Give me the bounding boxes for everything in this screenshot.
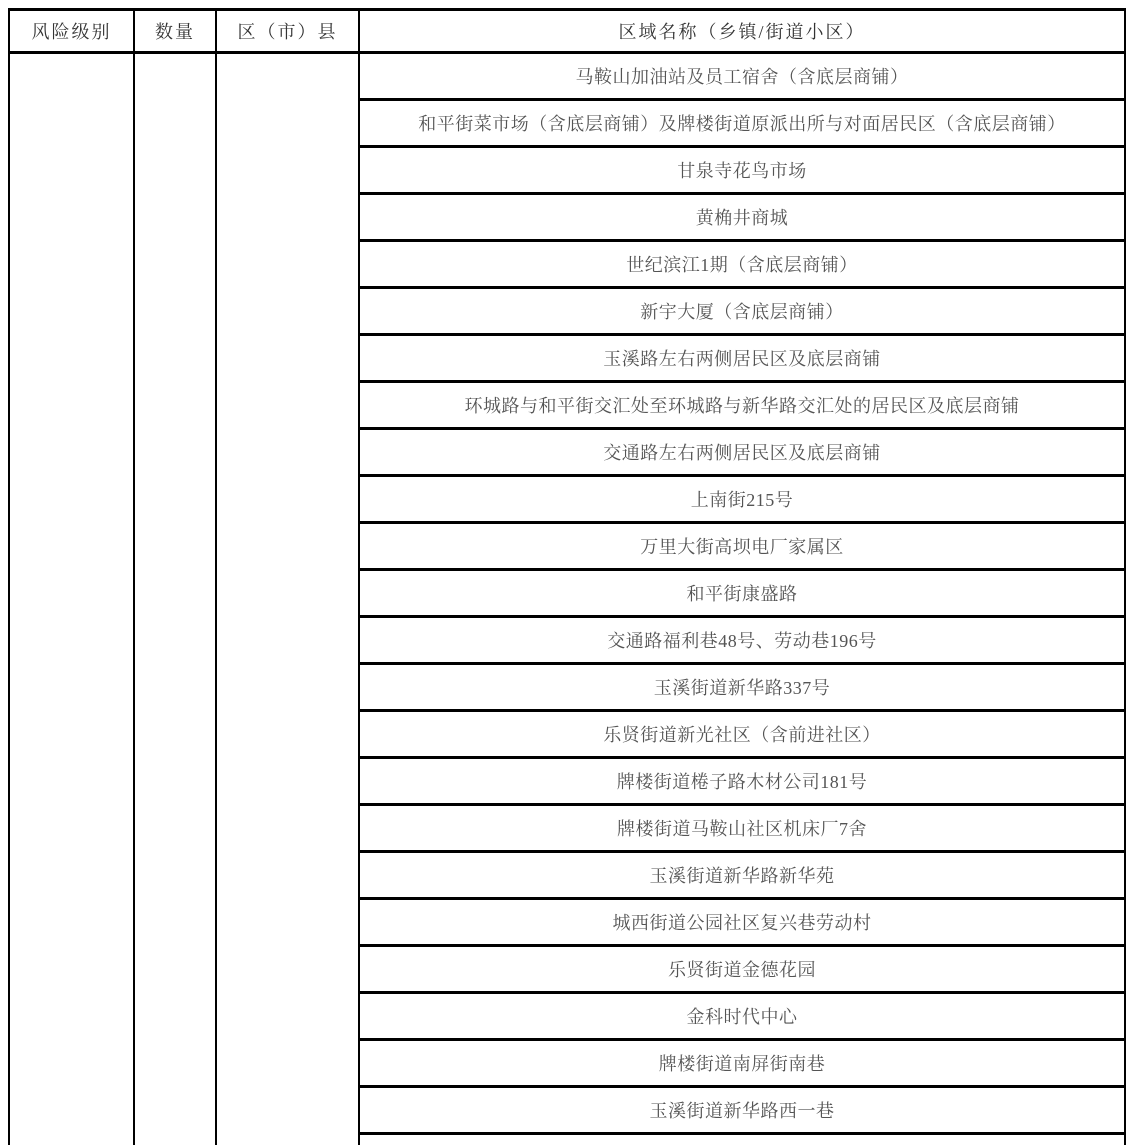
table-row: 万里大街高坝电厂家属区 <box>360 524 1124 571</box>
area-rows: 马鞍山加油站及员工宿舍（含底层商铺）和平街菜市场（含底层商铺）及牌楼街道原派出所… <box>360 54 1124 1145</box>
header-quantity: 数量 <box>135 11 215 54</box>
area-name-text: 和平街菜市场（含底层商铺）及牌楼街道原派出所与对面居民区（含底层商铺） <box>418 110 1066 136</box>
table-row: 玉溪街道新华路西一巷 <box>360 1088 1124 1135</box>
table-row: 和平街康盛路 <box>360 571 1124 618</box>
area-name-text: 马鞍山加油站及员工宿舍（含底层商铺） <box>576 63 909 89</box>
area-name-text: 环城路与和平街交汇处至环城路与新华路交汇处的居民区及底层商铺 <box>465 392 1020 418</box>
table-row: 玉溪街道新华路337号 <box>360 665 1124 712</box>
table-row: 牌楼街道南屏街南巷 <box>360 1041 1124 1088</box>
area-name-text: 牌楼街道棬子路木材公司181号 <box>617 768 868 794</box>
area-name-text: 牌楼街道马鞍山社区机床厂7舍 <box>617 815 867 841</box>
table-row: 马鞍山加油站及员工宿舍（含底层商铺） <box>360 54 1124 101</box>
risk-level-cell <box>10 54 133 1145</box>
area-name-text: 玉溪街道新华路337号 <box>654 674 831 700</box>
column-area-name: 区域名称（乡镇/街道小区） 马鞍山加油站及员工宿舍（含底层商铺）和平街菜市场（含… <box>360 11 1124 1145</box>
quantity-cell <box>135 54 215 1145</box>
table-row: 环城路与和平街交汇处至环城路与新华路交汇处的居民区及底层商铺 <box>360 383 1124 430</box>
area-name-text: 和平街康盛路 <box>687 580 798 606</box>
area-name-text: 乐贤街道新光社区（含前进社区） <box>603 721 881 747</box>
header-district: 区（市）县 <box>217 11 358 54</box>
risk-area-table: 风险级别 数量 区（市）县 区域名称（乡镇/街道小区） 马鞍山加油站及员工宿舍（… <box>8 8 1126 1145</box>
table-row: 乐贤街道金德花园 <box>360 947 1124 994</box>
area-name-text: 牌楼街道南屏街南巷 <box>659 1050 826 1076</box>
table-row: 金科时代中心 <box>360 994 1124 1041</box>
column-quantity: 数量 <box>135 11 217 1145</box>
area-name-text: 玉溪街道新华路新华苑 <box>650 862 835 888</box>
area-name-text: 交通路左右两侧居民区及底层商铺 <box>603 439 881 465</box>
header-area-name: 区域名称（乡镇/街道小区） <box>360 11 1124 54</box>
area-name-text: 玉溪路左右两侧居民区及底层商铺 <box>603 345 881 371</box>
table-row: 上南街215号 <box>360 477 1124 524</box>
area-name-text: 上南街215号 <box>691 486 794 512</box>
area-name-text: 万里大街高坝电厂家属区 <box>640 533 844 559</box>
table-row: 交通路左右两侧居民区及底层商铺 <box>360 430 1124 477</box>
table-row: 黄桷井商城 <box>360 195 1124 242</box>
table-row: 玉溪街道新华路新华苑 <box>360 853 1124 900</box>
area-name-text: 金科时代中心 <box>687 1003 798 1029</box>
table-row: 交通路福利巷48号、劳动巷196号 <box>360 618 1124 665</box>
table-row: 世纪滨江1期（含底层商铺） <box>360 242 1124 289</box>
column-risk-level: 风险级别 <box>10 11 135 1145</box>
area-name-text: 新宇大厦（含底层商铺） <box>640 298 844 324</box>
area-name-text: 交通路福利巷48号、劳动巷196号 <box>607 627 877 653</box>
table-row: 牌楼街道马鞍山社区机床厂7舍 <box>360 806 1124 853</box>
area-name-text: 乐贤街道金德花园 <box>668 956 816 982</box>
table-row: 玉溪路左右两侧居民区及底层商铺 <box>360 336 1124 383</box>
table-row: 和平街菜市场（含底层商铺）及牌楼街道原派出所与对面居民区（含底层商铺） <box>360 101 1124 148</box>
district-cell <box>217 54 358 1145</box>
area-name-text: 世纪滨江1期（含底层商铺） <box>626 251 858 277</box>
table-row: 城西街道公园社区复兴巷劳动村 <box>360 900 1124 947</box>
table-row: 乐贤街道新光社区（含前进社区） <box>360 712 1124 759</box>
area-name-text: 黄桷井商城 <box>696 204 789 230</box>
area-name-text: 城西街道公园社区复兴巷劳动村 <box>613 909 872 935</box>
table-row: 牌楼街道棬子路木材公司181号 <box>360 759 1124 806</box>
column-district: 区（市）县 <box>217 11 360 1145</box>
table-row: 新宇大厦（含底层商铺） <box>360 289 1124 336</box>
area-name-text: 玉溪街道新华路西一巷 <box>650 1097 835 1123</box>
area-name-text: 甘泉寺花鸟市场 <box>677 157 807 183</box>
table-row: 甘泉寺花鸟市场 <box>360 148 1124 195</box>
header-risk-level: 风险级别 <box>10 11 133 54</box>
